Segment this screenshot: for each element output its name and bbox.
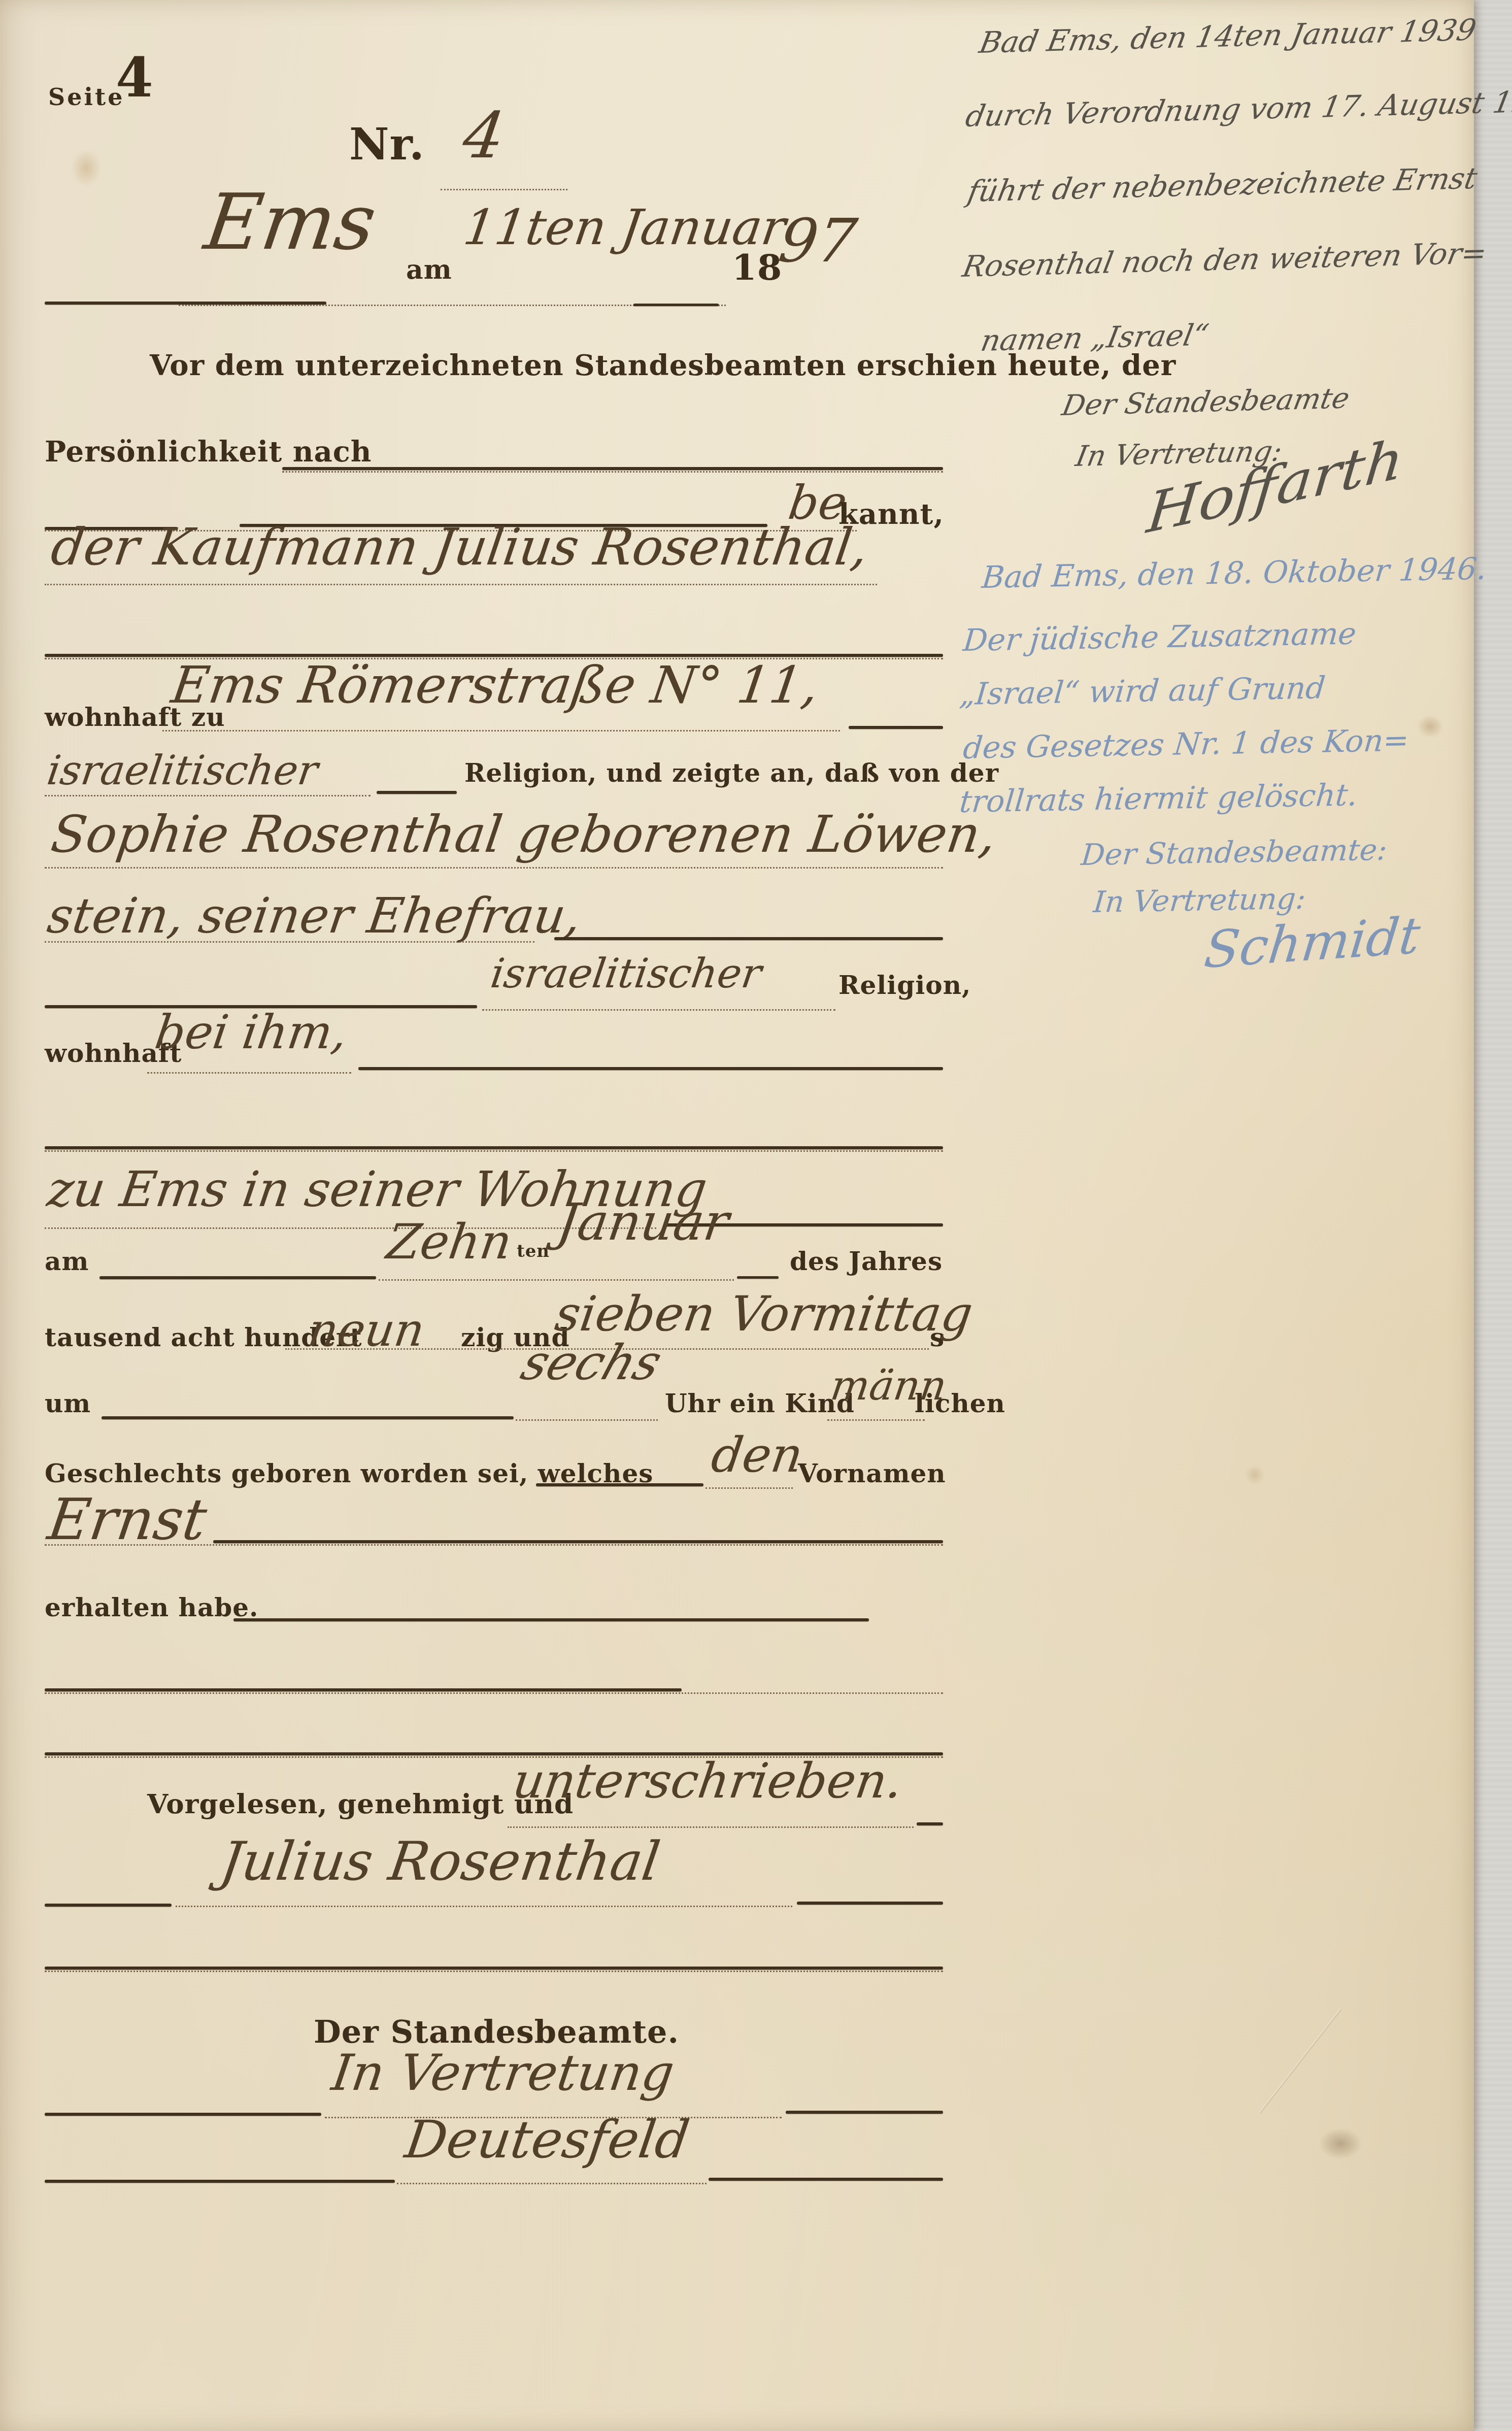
ruled-line-solid: [917, 1822, 943, 1825]
page-label: Seite: [48, 85, 124, 109]
ruled-line-dotted: [45, 941, 534, 943]
ruled-line-solid: [233, 1618, 869, 1621]
annotation-1946-official: Der Standesbeamte:: [1080, 835, 1388, 870]
paper-stain: [1245, 1464, 1265, 1485]
ruled-line-dotted: [45, 1150, 943, 1152]
ruled-line-dotted: [176, 1906, 792, 1907]
ruled-line-solid: [536, 1483, 703, 1486]
ruled-line-dotted: [45, 584, 877, 585]
paper-stain: [1417, 715, 1443, 738]
child-name-entry: Ernst: [45, 1491, 210, 1548]
ruled-line-dotted: [482, 1009, 835, 1011]
ruled-line-dotted: [45, 867, 943, 869]
ruled-line-dotted: [45, 795, 371, 796]
place-entry: Ems: [200, 184, 380, 261]
ruled-line-solid: [45, 1688, 682, 1691]
religion1-entry: israelitischer: [45, 750, 320, 791]
den-entry: den: [709, 1431, 806, 1480]
annotation-1946-line: des Gesetzes Nr. 1 des Kon=: [962, 725, 1410, 763]
annotation-1946-line: „Israel“ wird auf Grund: [958, 673, 1327, 710]
date-entry: 11ten Januar: [461, 203, 789, 252]
birth-day-entry: Zehn: [384, 1218, 515, 1267]
birth-month-entry: Januar: [554, 1197, 732, 1248]
ruled-line-dotted: [282, 471, 943, 473]
ruled-line-solid: [45, 1967, 943, 1970]
uhr-label: Uhr ein Kind: [665, 1391, 855, 1416]
ten-label: ten: [517, 1243, 550, 1260]
mother-line2-entry: stein, seiner Ehefrau,: [45, 891, 584, 940]
year-printed-label: 18: [732, 250, 782, 285]
address-entry: Ems Römerstraße N° 11,: [169, 660, 822, 711]
tags-suffix-label: s: [930, 1325, 945, 1350]
decade-entry: neun: [306, 1308, 427, 1353]
wohnhaft-bei-entry: bei ihm,: [152, 1009, 350, 1056]
mother-line1-entry: Sophie Rosenthal geborenen Löwen,: [48, 809, 999, 860]
annotation-1939-line: Bad Ems, den 14ten Januar 1939: [977, 15, 1479, 57]
erhalten-label: erhalten habe.: [45, 1595, 259, 1620]
ruled-line-dotted: [441, 189, 567, 190]
ruled-line-solid: [737, 1276, 779, 1279]
ruled-line-solid: [786, 2111, 943, 2114]
ruled-line-solid: [45, 2180, 395, 2183]
geschlechts-label: Geschlechts geboren worden sei, welches: [45, 1461, 653, 1486]
ruled-line-solid: [102, 1416, 514, 1419]
religion2-label: Religion,: [838, 973, 971, 998]
religion2-entry: israelitischer: [488, 953, 764, 994]
ruled-line-solid: [554, 937, 943, 940]
annotation-1946-line: Bad Ems, den 18. Oktober 1946.: [981, 554, 1488, 593]
ruled-line-solid: [709, 2178, 943, 2181]
am2-label: am: [45, 1249, 89, 1274]
annotation-1939-line: Rosenthal noch den weiteren Vor=: [960, 238, 1489, 281]
ruled-line-dotted: [705, 1487, 793, 1489]
ruled-line-solid: [45, 1146, 943, 1149]
vertretung-entry: In Vertretung: [329, 2048, 677, 2098]
vorgelesen-label: Vorgelesen, genehmigt und: [147, 1791, 574, 1818]
annotation-1946-line: trollrats hiermit gelöscht.: [958, 780, 1359, 817]
ruled-line-dotted: [45, 1544, 943, 1546]
paper-stain: [1319, 2128, 1362, 2159]
record-number-value: 4: [459, 104, 509, 168]
scan-backing: Seite 4 Nr. 4 Ems am 11ten Januar 18 97 …: [0, 0, 1512, 2431]
annotation-1939-line: führt der nebenbezeichnete Ernst: [965, 163, 1480, 206]
annotation-1939-line: durch Verordnung vom 17. August 1938: [963, 86, 1512, 131]
ruled-line-dotted: [162, 730, 840, 731]
year-entry: 97: [776, 211, 860, 271]
ruled-line-solid: [797, 1902, 943, 1905]
annotation-1946-line: Der jüdische Zusatzname: [962, 619, 1358, 656]
ruled-line-solid: [377, 791, 457, 794]
ruled-line-solid: [99, 1276, 376, 1279]
declarant-entry: der Kaufmann Julius Rosenthal,: [48, 522, 871, 573]
ruled-line-dotted: [827, 1419, 925, 1421]
annotation-1946-signature: Schmidt: [1202, 910, 1423, 976]
ruled-line-solid: [45, 1904, 172, 1907]
annotation-1939-official: Der Standesbeamte: [1060, 384, 1352, 420]
registrar-signature: Deutesfeld: [402, 2114, 692, 2166]
ruled-line-solid: [358, 1067, 943, 1070]
ruled-line-solid: [45, 2113, 321, 2116]
paper-crease: [1259, 2008, 1341, 2113]
document-page: Seite 4 Nr. 4 Ems am 11ten Januar 18 97 …: [0, 0, 1474, 2431]
annotation-1939-line: namen „Israel“: [979, 320, 1211, 355]
standesbeamte-label: Der Standesbeamte.: [314, 2016, 679, 2048]
paper-stain: [71, 150, 102, 186]
page-number: 4: [116, 51, 154, 105]
ruled-line-dotted: [45, 1692, 943, 1694]
ruled-line-solid: [213, 1540, 943, 1543]
ruled-line-dotted: [147, 1072, 351, 1074]
unit-daytime-entry: sieben Vormittag: [552, 1290, 976, 1339]
religion1-label: Religion, und zeigte an, daß von der: [464, 760, 999, 786]
ruled-line-dotted: [516, 1419, 658, 1421]
persoenlichkeit-label: Persönlichkeit nach: [45, 438, 372, 466]
ruled-line-dotted: [379, 1279, 734, 1281]
declarant-signature: Julius Rosenthal: [217, 1835, 663, 1888]
ruled-line-dotted: [45, 1971, 943, 1972]
vornamen-label: Vornamen: [798, 1461, 946, 1486]
ruled-line-solid: [282, 467, 943, 470]
am-label: am: [406, 257, 452, 283]
hour-entry: sechs: [516, 1339, 667, 1387]
ruled-line-dotted: [508, 1826, 914, 1828]
annotation-1946-official: In Vertretung:: [1092, 884, 1307, 917]
ruled-line-dotted: [397, 2183, 707, 2184]
des-jahres-label: des Jahres: [790, 1249, 943, 1274]
lichen-label: lichen: [915, 1391, 1005, 1416]
ruled-line-solid: [633, 304, 719, 306]
record-number-label: Nr.: [349, 123, 425, 166]
ruled-line-solid: [849, 726, 943, 729]
um-label: um: [45, 1391, 91, 1416]
unterschrieben-entry: unterschrieben.: [510, 1757, 905, 1806]
